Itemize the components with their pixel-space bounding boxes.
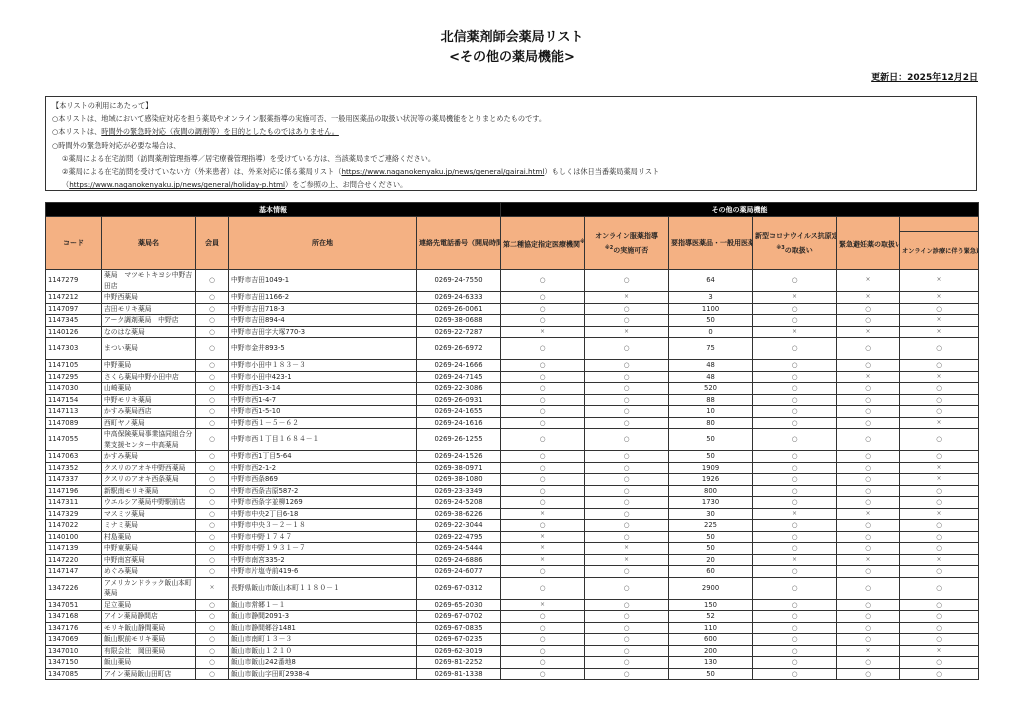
cell-address: 飯山市飯山242番地8 <box>229 657 417 669</box>
cell-designation: × <box>501 531 585 543</box>
cell-member: ○ <box>196 554 229 566</box>
cell-phone: 0269-24-6886 <box>417 554 501 566</box>
cell-ec: ○ <box>837 577 900 599</box>
table-row: 1147311ウエルシア薬局中野駅前店○中野市西条字並柳12690269-24-… <box>46 497 979 509</box>
cell-phone: 0269-67-0312 <box>417 577 501 599</box>
cell-designation: ○ <box>501 292 585 304</box>
cell-covid: × <box>753 508 837 520</box>
cell-designation: ○ <box>501 383 585 395</box>
cell-otc: 50 <box>669 315 753 327</box>
cell-code: 1147295 <box>46 371 102 383</box>
cell-otc: 150 <box>669 599 753 611</box>
cell-ec: × <box>837 645 900 657</box>
cell-address: 飯山市静間郷谷1481 <box>229 622 417 634</box>
cell-designation: ○ <box>501 406 585 418</box>
cell-covid: ○ <box>753 338 837 360</box>
cell-online: ○ <box>585 577 669 599</box>
cell-otc: 64 <box>669 270 753 292</box>
cell-covid: ○ <box>753 474 837 486</box>
table-row: 1347168アイン薬局静間店○飯山市静間2091-30269-67-0702○… <box>46 611 979 623</box>
cell-ec: ○ <box>837 599 900 611</box>
cell-code: 1147147 <box>46 566 102 578</box>
cell-ec-online: ○ <box>900 599 979 611</box>
cell-ec: ○ <box>837 485 900 497</box>
cell-covid: ○ <box>753 543 837 555</box>
cell-member: ○ <box>196 657 229 669</box>
table-row: 1347150飯山薬局○飯山市飯山242番地80269-81-2252○○130… <box>46 657 979 669</box>
cell-phone: 0269-24-6077 <box>417 566 501 578</box>
cell-otc: 52 <box>669 611 753 623</box>
cell-code: 1147345 <box>46 315 102 327</box>
cell-designation: ○ <box>501 497 585 509</box>
cell-ec: ○ <box>837 520 900 532</box>
cell-covid: × <box>753 326 837 338</box>
cell-ec: ○ <box>837 360 900 372</box>
cell-ec-online: × <box>900 554 979 566</box>
holiday-link[interactable]: https://www.naganokenyaku.jp/news/genera… <box>69 180 285 189</box>
cell-online: ○ <box>585 668 669 680</box>
cell-phone: 0269-24-7145 <box>417 371 501 383</box>
table-row: 1147139中野東薬局○中野市中野１９３１－７0269-24-5444××50… <box>46 543 979 555</box>
cell-phone: 0269-62-3019 <box>417 645 501 657</box>
cell-ec: ○ <box>837 531 900 543</box>
cell-code: 1347085 <box>46 668 102 680</box>
cell-name: 足立薬局 <box>102 599 196 611</box>
cell-online: ○ <box>585 394 669 406</box>
cell-member: ○ <box>196 338 229 360</box>
cell-otc: 30 <box>669 508 753 520</box>
cell-name: アメリカンドラック飯山本町薬局 <box>102 577 196 599</box>
cell-covid: ○ <box>753 462 837 474</box>
cell-name: モリキ飯山静間薬局 <box>102 622 196 634</box>
cell-ec: ○ <box>837 406 900 418</box>
cell-ec-online: ○ <box>900 611 979 623</box>
cell-covid: ○ <box>753 429 837 451</box>
cell-covid: ○ <box>753 417 837 429</box>
cell-phone: 0269-81-1338 <box>417 668 501 680</box>
cell-ec: ○ <box>837 657 900 669</box>
table-row: 1347176モリキ飯山静間薬局○飯山市静間郷谷14810269-67-0835… <box>46 622 979 634</box>
cell-designation: × <box>501 326 585 338</box>
gairai-link[interactable]: https://www.naganokenyaku.jp/news/genera… <box>341 167 544 176</box>
col-header-address: 所在地 <box>229 217 417 270</box>
cell-designation: ○ <box>501 270 585 292</box>
cell-otc: 130 <box>669 657 753 669</box>
cell-ec: ○ <box>837 566 900 578</box>
cell-ec-online: × <box>900 326 979 338</box>
cell-covid: ○ <box>753 668 837 680</box>
cell-phone: 0269-38-0971 <box>417 462 501 474</box>
cell-phone: 0269-24-5208 <box>417 497 501 509</box>
cell-code: 1147113 <box>46 406 102 418</box>
cell-name: かすみ薬局 <box>102 451 196 463</box>
cell-phone: 0269-24-6333 <box>417 292 501 304</box>
cell-otc: 20 <box>669 554 753 566</box>
cell-online: ○ <box>585 566 669 578</box>
cell-otc: 200 <box>669 645 753 657</box>
title-line-1: 北信薬剤師会薬局リスト <box>0 28 1024 48</box>
cell-code: 1147220 <box>46 554 102 566</box>
cell-online: ○ <box>585 338 669 360</box>
cell-otc: 600 <box>669 634 753 646</box>
cell-code: 1147212 <box>46 292 102 304</box>
col-header-otc: 要指導医薬品・一般用医薬品（品目数） <box>669 217 753 270</box>
cell-covid: ○ <box>753 406 837 418</box>
cell-name: まつい薬局 <box>102 338 196 360</box>
cell-code: 1147196 <box>46 485 102 497</box>
cell-ec: ○ <box>837 634 900 646</box>
footnote-mark: ※1 <box>580 239 585 245</box>
cell-designation: ○ <box>501 657 585 669</box>
cell-ec: ○ <box>837 394 900 406</box>
cell-designation: ○ <box>501 303 585 315</box>
cell-online: ○ <box>585 531 669 543</box>
cell-otc: 1926 <box>669 474 753 486</box>
cell-address: 中野市西1-5-10 <box>229 406 417 418</box>
cell-otc: 0 <box>669 326 753 338</box>
cell-name: 山崎薬局 <box>102 383 196 395</box>
cell-online: ○ <box>585 303 669 315</box>
cell-ec-online: × <box>900 474 979 486</box>
cell-ec-online: ○ <box>900 634 979 646</box>
cell-otc: 800 <box>669 485 753 497</box>
cell-member: ○ <box>196 645 229 657</box>
cell-address: 中野市吉田字大塚770-3 <box>229 326 417 338</box>
cell-designation: ○ <box>501 371 585 383</box>
cell-code: 1147089 <box>46 417 102 429</box>
cell-ec-online: × <box>900 508 979 520</box>
cell-online: ○ <box>585 508 669 520</box>
cell-member: × <box>196 577 229 599</box>
cell-ec-online: ○ <box>900 543 979 555</box>
cell-ec: ○ <box>837 315 900 327</box>
cell-ec-online: ○ <box>900 338 979 360</box>
cell-member: ○ <box>196 394 229 406</box>
cell-name: かすみ薬局西店 <box>102 406 196 418</box>
cell-code: 1347150 <box>46 657 102 669</box>
cell-online: ○ <box>585 371 669 383</box>
table-row: 1147212中野西薬局○中野市吉田1166-20269-24-6333○×3×… <box>46 292 979 304</box>
notice-line: ①薬局による在宅訪問（訪問薬剤管理指導／居宅療養管理指導）を受けている方は、当該… <box>52 152 970 165</box>
cell-online: ○ <box>585 360 669 372</box>
table-row: 1147147めぐみ薬局○中野市片塩寺前419-60269-24-6077○○6… <box>46 566 979 578</box>
cell-online: ○ <box>585 645 669 657</box>
cell-designation: ○ <box>501 394 585 406</box>
header-text: 緊急避妊薬の取扱い <box>839 240 900 248</box>
title-line-2: <その他の薬局機能> <box>0 48 1024 68</box>
cell-address: 中野市金井893-5 <box>229 338 417 360</box>
cell-otc: 3 <box>669 292 753 304</box>
cell-address: 中野市吉田718-3 <box>229 303 417 315</box>
cell-ec-online: ○ <box>900 622 979 634</box>
cell-ec: ○ <box>837 474 900 486</box>
cell-ec-online: ○ <box>900 394 979 406</box>
cell-designation: ○ <box>501 622 585 634</box>
cell-ec-online: ○ <box>900 531 979 543</box>
cell-address: 飯山市飯山字田町2938-4 <box>229 668 417 680</box>
usage-notice: 【本リストの利用にあたって】 ○本リストは、地域において感染症対応を担う薬局やオ… <box>45 96 977 191</box>
cell-member: ○ <box>196 474 229 486</box>
table-row: 1347069飯山駅前モリキ薬局○飯山市南町１３－３0269-67-0235○○… <box>46 634 979 646</box>
cell-address: 飯山市常郷１－１ <box>229 599 417 611</box>
cell-name: 中野薬局 <box>102 360 196 372</box>
cell-ec-online: ○ <box>900 406 979 418</box>
cell-phone: 0269-24-1616 <box>417 417 501 429</box>
cell-member: ○ <box>196 451 229 463</box>
cell-member: ○ <box>196 485 229 497</box>
cell-name: さくら薬局中野小田中店 <box>102 371 196 383</box>
cell-address: 中野市片塩寺前419-6 <box>229 566 417 578</box>
cell-ec-online: ○ <box>900 303 979 315</box>
table-row: 1147303まつい薬局○中野市金井893-50269-26-6972○○75○… <box>46 338 979 360</box>
cell-address: 中野市西１丁目１６８４－１ <box>229 429 417 451</box>
table-row: 1147063かすみ薬局○中野市西1丁目5-640269-24-1526○○50… <box>46 451 979 463</box>
cell-member: ○ <box>196 326 229 338</box>
notice-text: ）をご参照の上、お問合せください。 <box>285 180 407 189</box>
cell-name: 有限会社 岡田薬局 <box>102 645 196 657</box>
cell-covid: ○ <box>753 645 837 657</box>
cell-otc: 50 <box>669 531 753 543</box>
table-row: 1147345アーク調剤薬局 中野店○中野市吉田894-40269-38-068… <box>46 315 979 327</box>
cell-address: 中野市南宮335-2 <box>229 554 417 566</box>
cell-phone: 0269-24-5444 <box>417 543 501 555</box>
cell-address: 飯山市南町１３－３ <box>229 634 417 646</box>
cell-address: 中野市吉田1049-1 <box>229 270 417 292</box>
cell-name: 西町ヤノ薬局 <box>102 417 196 429</box>
cell-ec-online: × <box>900 371 979 383</box>
cell-online: ○ <box>585 406 669 418</box>
cell-ec-online: × <box>900 292 979 304</box>
col-header-designation: 第二種協定指定医療機関※1の指定 <box>501 217 585 270</box>
cell-designation: ○ <box>501 338 585 360</box>
cell-otc: 225 <box>669 520 753 532</box>
cell-code: 1347168 <box>46 611 102 623</box>
cell-ec-online: × <box>900 315 979 327</box>
cell-code: 1147139 <box>46 543 102 555</box>
table-row: 1347226アメリカンドラック飯山本町薬局×長野県飯山市飯山本町１１８０－１0… <box>46 577 979 599</box>
cell-address: 中野市小田中１８３－３ <box>229 360 417 372</box>
cell-code: 1147063 <box>46 451 102 463</box>
cell-member: ○ <box>196 462 229 474</box>
cell-member: ○ <box>196 668 229 680</box>
cell-covid: × <box>753 292 837 304</box>
cell-phone: 0269-38-1080 <box>417 474 501 486</box>
footnote-mark: ※3 <box>776 245 784 251</box>
cell-phone: 0269-26-6972 <box>417 338 501 360</box>
cell-covid: ○ <box>753 383 837 395</box>
cell-designation: ○ <box>501 634 585 646</box>
cell-member: ○ <box>196 520 229 532</box>
cell-ec: ○ <box>837 303 900 315</box>
cell-online: ○ <box>585 315 669 327</box>
cell-otc: 50 <box>669 668 753 680</box>
cell-address: 長野県飯山市飯山本町１１８０－１ <box>229 577 417 599</box>
col-header-online: オンライン服薬指導※2の実施可否 <box>585 217 669 270</box>
cell-member: ○ <box>196 508 229 520</box>
cell-otc: 48 <box>669 371 753 383</box>
table-row: 1147022ミナミ薬局○中野市中央３－２－１８0269-22-3044○○22… <box>46 520 979 532</box>
cell-name: 飯山駅前モリキ薬局 <box>102 634 196 646</box>
table-row: 1140100村島薬局○中野市中野１７４７0269-22-4795×○50○○○ <box>46 531 979 543</box>
cell-online: ○ <box>585 611 669 623</box>
cell-ec: ○ <box>837 668 900 680</box>
cell-online: × <box>585 326 669 338</box>
cell-name: マスミツ薬局 <box>102 508 196 520</box>
table-row: 1147220中野南宮薬局○中野市南宮335-20269-24-6886××20… <box>46 554 979 566</box>
cell-name: 中野東薬局 <box>102 543 196 555</box>
notice-line: （https://www.naganokenyaku.jp/news/gener… <box>52 178 970 191</box>
table-row: 1147329マスミツ薬局○中野市中央2丁目6-180269-38-6226×○… <box>46 508 979 520</box>
cell-designation: ○ <box>501 451 585 463</box>
cell-online: ○ <box>585 485 669 497</box>
cell-address: 中野市中央2丁目6-18 <box>229 508 417 520</box>
cell-covid: ○ <box>753 577 837 599</box>
header-text: の取扱い <box>785 246 813 254</box>
cell-member: ○ <box>196 429 229 451</box>
cell-code: 1147303 <box>46 338 102 360</box>
cell-code: 1147329 <box>46 508 102 520</box>
cell-phone: 0269-22-7287 <box>417 326 501 338</box>
cell-covid: ○ <box>753 360 837 372</box>
cell-designation: ○ <box>501 315 585 327</box>
header-text: の実施可否 <box>613 246 648 254</box>
cell-otc: 2900 <box>669 577 753 599</box>
cell-otc: 48 <box>669 360 753 372</box>
updated-date: 更新日：2025年12月2日 <box>871 70 978 83</box>
table-row: 1347085アイン薬局飯山田町店○飯山市飯山字田町2938-40269-81-… <box>46 668 979 680</box>
cell-code: 1147352 <box>46 462 102 474</box>
notice-line: ○本リストは、地域において感染症対応を担う薬局やオンライン服薬指導の実施可否、一… <box>52 112 970 125</box>
cell-phone: 0269-22-4795 <box>417 531 501 543</box>
cell-code: 1147022 <box>46 520 102 532</box>
cell-name: 中野南宮薬局 <box>102 554 196 566</box>
document-title: 北信薬剤師会薬局リスト <その他の薬局機能> <box>0 28 1024 68</box>
cell-ec: ○ <box>837 462 900 474</box>
cell-member: ○ <box>196 371 229 383</box>
cell-ec: ○ <box>837 417 900 429</box>
cell-code: 1347176 <box>46 622 102 634</box>
cell-online: × <box>585 554 669 566</box>
cell-ec-online: × <box>900 645 979 657</box>
cell-code: 1347010 <box>46 645 102 657</box>
table-row: 1147279薬局 マツモトキヨシ中野吉田店○中野市吉田1049-10269-2… <box>46 270 979 292</box>
header-text: 新型コロナウイルス抗原定性検査キット <box>755 232 837 240</box>
cell-ec: ○ <box>837 451 900 463</box>
cell-covid: ○ <box>753 303 837 315</box>
cell-name: アイン薬局飯山田町店 <box>102 668 196 680</box>
notice-text: ）もしくは休日当番薬局薬局リスト <box>544 167 659 176</box>
cell-address: 中野市西2-1-2 <box>229 462 417 474</box>
notice-underlined-text: 時間外の緊急時対応（夜間の調剤等）を目的としたものではありません。 <box>101 127 339 136</box>
cell-phone: 0269-22-3086 <box>417 383 501 395</box>
cell-covid: ○ <box>753 451 837 463</box>
header-text: オンライン服薬指導 <box>595 232 658 240</box>
cell-member: ○ <box>196 406 229 418</box>
cell-phone: 0269-81-2252 <box>417 657 501 669</box>
cell-phone: 0269-24-1666 <box>417 360 501 372</box>
cell-ec: ○ <box>837 543 900 555</box>
cell-member: ○ <box>196 543 229 555</box>
table-row: 1147089西町ヤノ薬局○中野市西１－５－６２0269-24-1616○○80… <box>46 417 979 429</box>
col-header-phone: 連絡先電話番号（開局時間中） <box>417 217 501 270</box>
cell-ec: × <box>837 508 900 520</box>
cell-designation: × <box>501 599 585 611</box>
table-row: 1147154中野モリキ薬局○中野市西1-4-70269-26-0931○○88… <box>46 394 979 406</box>
cell-ec-online: ○ <box>900 668 979 680</box>
cell-otc: 75 <box>669 338 753 360</box>
cell-name: 吉田モリキ薬局 <box>102 303 196 315</box>
cell-designation: ○ <box>501 645 585 657</box>
cell-member: ○ <box>196 634 229 646</box>
cell-address: 中野市西1丁目5-64 <box>229 451 417 463</box>
col-header-code: コード <box>46 217 102 270</box>
cell-covid: ○ <box>753 566 837 578</box>
cell-phone: 0269-67-0235 <box>417 634 501 646</box>
cell-ec-online: ○ <box>900 383 979 395</box>
cell-otc: 50 <box>669 451 753 463</box>
cell-member: ○ <box>196 566 229 578</box>
cell-ec-online: × <box>900 462 979 474</box>
cell-otc: 60 <box>669 566 753 578</box>
cell-name: なのはな薬局 <box>102 326 196 338</box>
cell-member: ○ <box>196 599 229 611</box>
cell-ec: ○ <box>837 429 900 451</box>
cell-otc: 50 <box>669 543 753 555</box>
cell-ec: ○ <box>837 611 900 623</box>
table-row: 1147055中高保険薬局事業協同組合分業支援センター中高薬局○中野市西１丁目１… <box>46 429 979 451</box>
cell-member: ○ <box>196 383 229 395</box>
cell-name: アーク調剤薬局 中野店 <box>102 315 196 327</box>
cell-designation: ○ <box>501 520 585 532</box>
col-header-member: 会員 <box>196 217 229 270</box>
cell-ec: × <box>837 326 900 338</box>
notice-line: ②薬局による在宅訪問を受けていない方（外来患者）は、外来対応に係る薬局リスト（h… <box>52 165 970 178</box>
cell-designation: × <box>501 554 585 566</box>
cell-covid: ○ <box>753 485 837 497</box>
cell-member: ○ <box>196 292 229 304</box>
cell-member: ○ <box>196 270 229 292</box>
cell-member: ○ <box>196 531 229 543</box>
cell-code: 1140126 <box>46 326 102 338</box>
cell-name: ウエルシア薬局中野駅前店 <box>102 497 196 509</box>
cell-ec-online: ○ <box>900 451 979 463</box>
cell-covid: ○ <box>753 622 837 634</box>
cell-name: 中野西薬局 <box>102 292 196 304</box>
table-row: 1347051足立薬局○飯山市常郷１－１0269-65-2030×○150○○○ <box>46 599 979 611</box>
footnote-mark: ※2 <box>605 245 613 251</box>
cell-phone: 0269-24-7550 <box>417 270 501 292</box>
cell-ec: ○ <box>837 338 900 360</box>
cell-code: 1147030 <box>46 383 102 395</box>
table-row: 1147105中野薬局○中野市小田中１８３－３0269-24-1666○○48○… <box>46 360 979 372</box>
cell-address: 中野市西条吉原587-2 <box>229 485 417 497</box>
cell-address: 中野市中野１７４７ <box>229 531 417 543</box>
cell-code: 1347051 <box>46 599 102 611</box>
cell-online: × <box>585 292 669 304</box>
cell-designation: ○ <box>501 474 585 486</box>
cell-phone: 0269-26-1255 <box>417 429 501 451</box>
cell-online: ○ <box>585 270 669 292</box>
cell-phone: 0269-26-0931 <box>417 394 501 406</box>
cell-covid: ○ <box>753 634 837 646</box>
cell-phone: 0269-24-1526 <box>417 451 501 463</box>
cell-name: ミナミ薬局 <box>102 520 196 532</box>
cell-code: 1147154 <box>46 394 102 406</box>
cell-ec-online: ○ <box>900 520 979 532</box>
cell-otc: 10 <box>669 406 753 418</box>
cell-otc: 80 <box>669 417 753 429</box>
cell-phone: 0269-67-0702 <box>417 611 501 623</box>
